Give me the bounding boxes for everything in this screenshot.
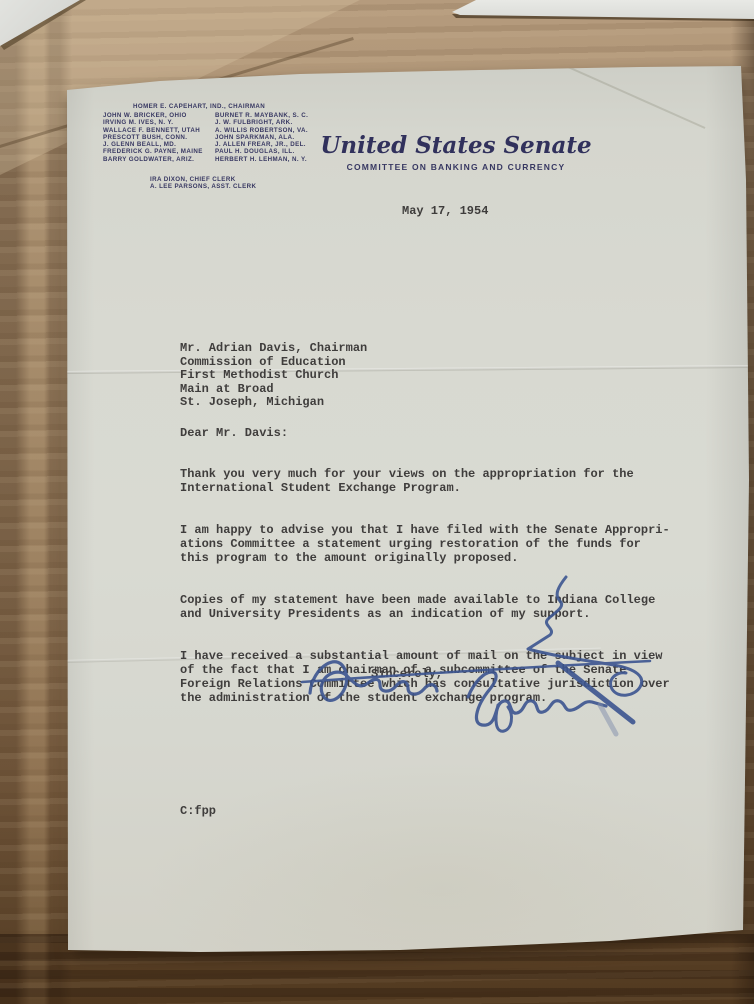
letter-paper-wrapper: HOMER E. CAPEHART, IND., CHAIRMAN JOHN W…: [60, 60, 754, 960]
letterhead-members-right-column: BURNET R. MAYBANK, S. C. J. W. FULBRIGHT…: [215, 112, 308, 163]
letterhead-org-block: United States Senate COMMITTEE ON BANKIN…: [315, 134, 597, 172]
letter-body: Thank you very much for your views on th…: [180, 453, 695, 733]
closing-sincerely: Sincerely,: [371, 667, 443, 681]
organization-name: United States Senate: [315, 134, 597, 158]
typist-initials: C:fpp: [180, 804, 216, 818]
letterhead-chairman: HOMER E. CAPEHART, IND., CHAIRMAN: [133, 103, 265, 110]
committee-name: COMMITTEE ON BANKING AND CURRENCY: [315, 162, 597, 172]
recipient-address-block: Mr. Adrian Davis, Chairman Commission of…: [180, 342, 367, 410]
letter-date: May 17, 1954: [402, 204, 488, 218]
photo-of-letter-on-cardboard: HOMER E. CAPEHART, IND., CHAIRMAN JOHN W…: [0, 0, 754, 1004]
paragraph-1: Thank you very much for your views on th…: [180, 467, 695, 495]
letterhead-members-left-column: JOHN W. BRICKER, OHIO IRVING M. IVES, N.…: [103, 112, 203, 163]
paragraph-3: Copies of my statement have been made av…: [180, 593, 695, 621]
salutation: Dear Mr. Davis:: [180, 426, 288, 440]
paper-crease-upper: [60, 365, 754, 374]
letter-paper: HOMER E. CAPEHART, IND., CHAIRMAN JOHN W…: [60, 60, 754, 960]
paragraph-2: I am happy to advise you that I have fil…: [180, 523, 695, 565]
paper-crease-corner: [568, 66, 706, 129]
letterhead-clerks: IRA DIXON, CHIEF CLERK A. LEE PARSONS, A…: [150, 176, 256, 191]
